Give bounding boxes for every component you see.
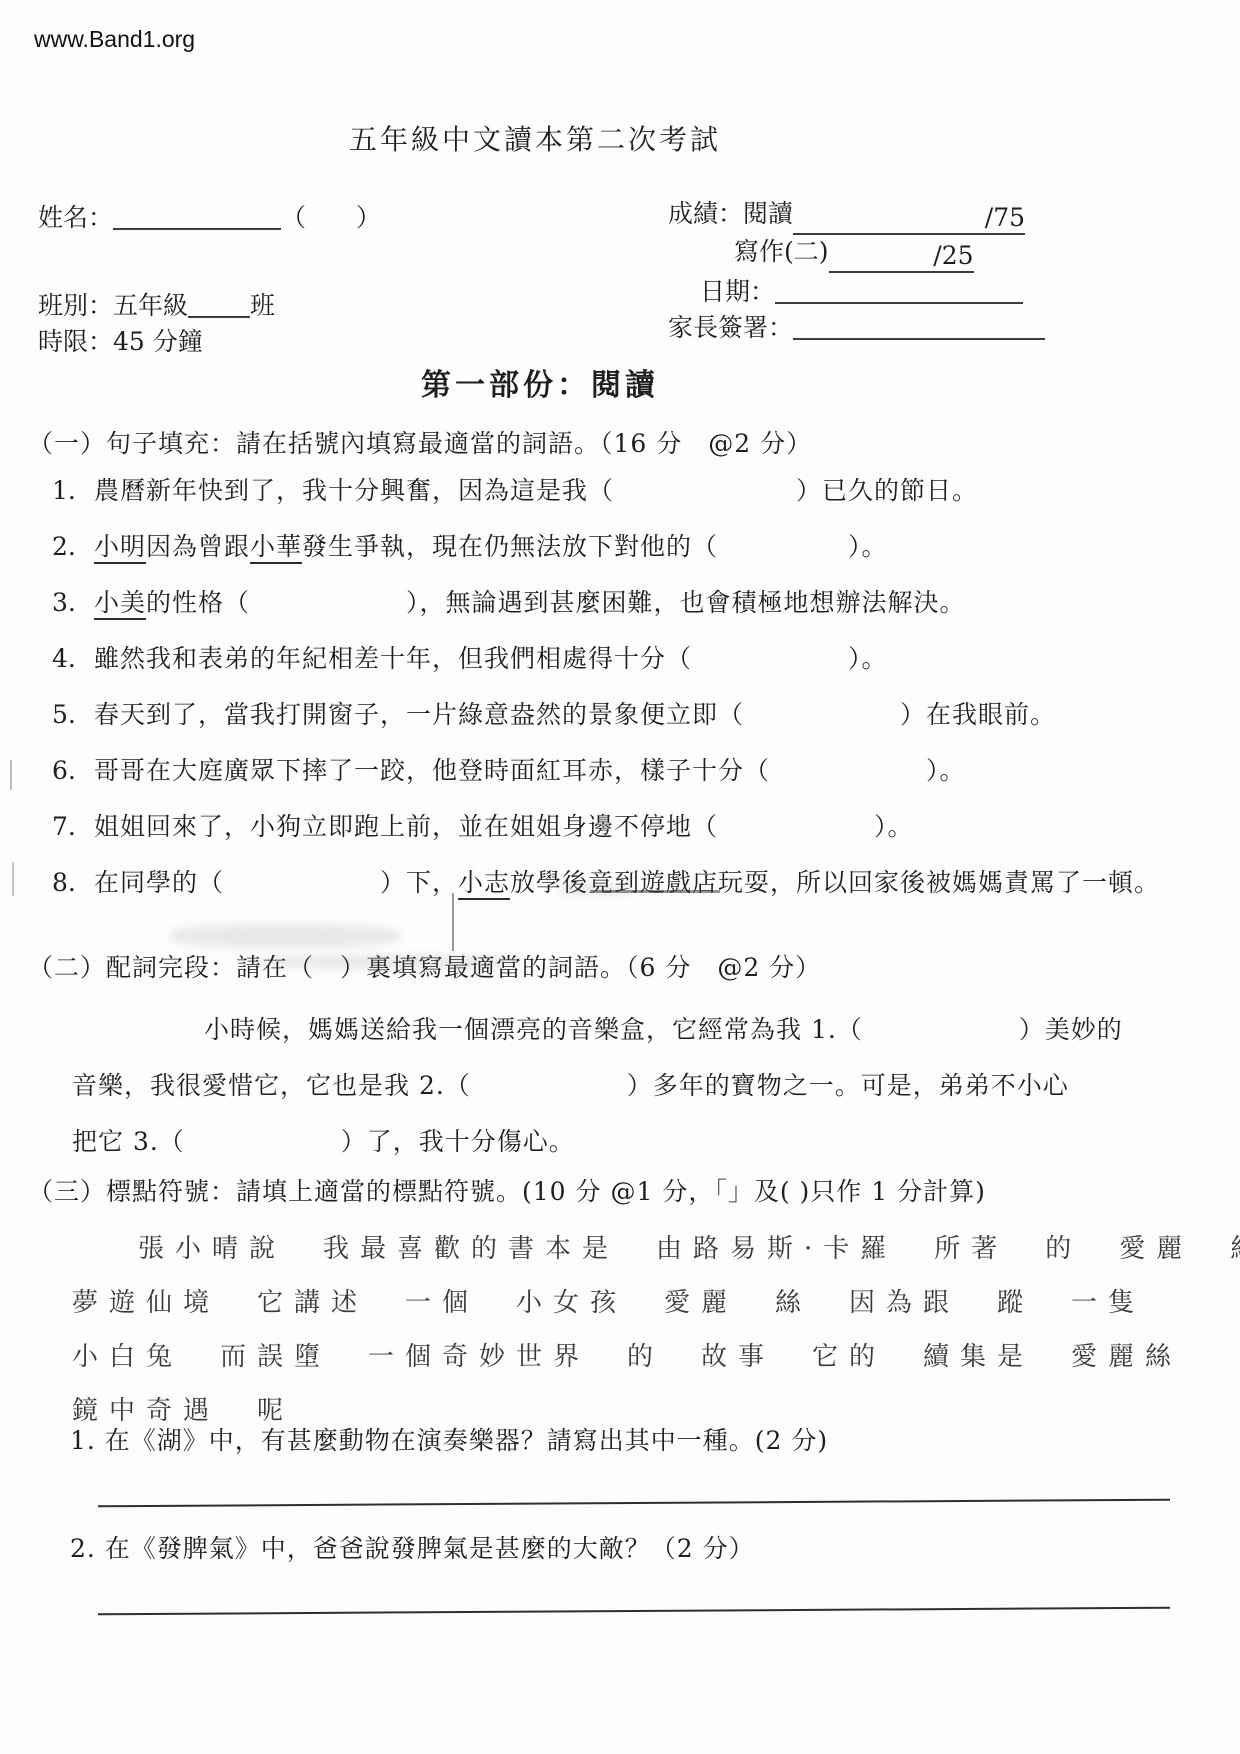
question-row: 8.在同學的（ ）下，小志放學後竟到遊戲店玩耍，所以回家後被媽媽責罵了一頓。 bbox=[52, 866, 1210, 899]
scan-stray-mark bbox=[12, 862, 14, 896]
question-text: 哥哥在大庭廣眾下摔了一跤，他登時面紅耳赤，樣子十分（ ）。 bbox=[94, 754, 1210, 787]
reading-question: 2. 在《發脾氣》中，爸爸說發脾氣是甚麼的大敵？（2 分） bbox=[70, 1532, 1180, 1566]
paragraph-line: 小時候，媽媽送給我一個漂亮的音樂盒，它經常為我 1.（ ）美妙的 bbox=[72, 1002, 1200, 1058]
scan-smudge bbox=[560, 884, 630, 896]
time-limit-row: 時限：45 分鐘 bbox=[38, 322, 203, 358]
question-number: 8. bbox=[52, 866, 94, 899]
score-label: 成績：閱讀 bbox=[668, 199, 793, 228]
writing-label: 寫作(二) bbox=[734, 237, 829, 266]
handwriting-line: 小白兔 而誤墮 一個奇妙世界 的 故事 它的 續集是 愛麗絲 bbox=[72, 1330, 1220, 1384]
question-row: 2.小明因為曾跟小華發生爭執，現在仍無法放下對他的（ ）。 bbox=[52, 530, 1210, 563]
text-segment: 雖然我和表弟的年紀相差十年，但我們相處得十分（ ）。 bbox=[94, 644, 888, 673]
question-row: 1.農曆新年快到了，我十分興奮，因為這是我（ ）已久的節日。 bbox=[52, 474, 1210, 507]
question-text: 雖然我和表弟的年紀相差十年，但我們相處得十分（ ）。 bbox=[94, 642, 1210, 675]
text-segment: 哥哥在大庭廣眾下摔了一跤，他登時面紅耳赤，樣子十分（ ）。 bbox=[94, 756, 966, 785]
question-row: 4.雖然我和表弟的年紀相差十年，但我們相處得十分（ ）。 bbox=[52, 642, 1210, 675]
class-suffix: 班 bbox=[250, 291, 275, 320]
section-three-heading: （三）標點符號：請填上適當的標點符號。(10 分 @1 分，「」及( )只作 1… bbox=[28, 1172, 986, 1208]
scan-stray-mark bbox=[10, 760, 12, 790]
underlined-name: 小美 bbox=[94, 588, 146, 620]
question-number: 4. bbox=[52, 642, 94, 675]
date-row: 日期： bbox=[700, 272, 1023, 308]
question-number: 7. bbox=[52, 810, 94, 843]
text-segment: 姐姐回來了，小狗立即跑上前，並在姐姐身邊不停地（ ）。 bbox=[94, 812, 914, 841]
student-name-label: 姓名： bbox=[38, 203, 113, 232]
student-name-blank bbox=[113, 204, 281, 230]
question-number: 6. bbox=[52, 754, 94, 787]
writing-score-row: 寫作(二)/25 bbox=[734, 232, 974, 273]
part-one-heading: 第一部份：閱讀 bbox=[0, 360, 1160, 404]
question-text: 姐姐回來了，小狗立即跑上前，並在姐姐身邊不停地（ ）。 bbox=[94, 810, 1210, 843]
class-blank bbox=[188, 292, 250, 318]
question-text: 小美的性格（ ），無論遇到甚麼困難，也會積極地想辦法解決。 bbox=[94, 586, 1210, 619]
score-row: 成績：閱讀/75 bbox=[668, 194, 1025, 235]
class-number-paren: （ ） bbox=[281, 203, 381, 232]
date-blank bbox=[775, 278, 1023, 304]
section-three-questions: 1. 在《湖》中，有甚麼動物在演奏樂器？請寫出其中一種。(2 分)2. 在《發脾… bbox=[70, 1424, 1180, 1640]
time-limit-label: 時限：45 分鐘 bbox=[38, 327, 203, 356]
parent-sign-label: 家長簽署： bbox=[668, 313, 793, 342]
underlined-name: 小明 bbox=[94, 532, 146, 564]
underlined-name: 小志 bbox=[458, 868, 510, 900]
text-segment: 在同學的（ ）下， bbox=[94, 868, 458, 897]
question-row: 5.春天到了，當我打開窗子，一片綠意盎然的景象便立即（ ）在我眼前。 bbox=[52, 698, 1210, 731]
question-text: 在同學的（ ）下，小志放學後竟到遊戲店玩耍，所以回家後被媽媽責罵了一頓。 bbox=[94, 866, 1210, 899]
scan-smudge bbox=[260, 955, 520, 969]
question-text: 小明因為曾跟小華發生爭執，現在仍無法放下對他的（ ）。 bbox=[94, 530, 1210, 563]
sign-blank bbox=[793, 314, 1045, 340]
handwriting-line: 夢遊仙境 它講述 一個 小女孩 愛麗 絲 因為跟 蹤 一隻 bbox=[72, 1276, 1220, 1330]
answer-line bbox=[98, 1607, 1170, 1616]
question-text: 春天到了，當我打開窗子，一片綠意盎然的景象便立即（ ）在我眼前。 bbox=[94, 698, 1210, 731]
answer-line bbox=[98, 1499, 1170, 1508]
question-text: 農曆新年快到了，我十分興奮，因為這是我（ ）已久的節日。 bbox=[94, 474, 1210, 507]
scan-smudge bbox=[170, 924, 400, 948]
section-one-heading: （一）句子填充：請在括號內填寫最適當的詞語。（16 分 @2 分） bbox=[28, 424, 812, 460]
reading-question: 1. 在《湖》中，有甚麼動物在演奏樂器？請寫出其中一種。(2 分) bbox=[70, 1424, 1180, 1458]
section-two-paragraph: 小時候，媽媽送給我一個漂亮的音樂盒，它經常為我 1.（ ）美妙的音樂，我很愛惜它… bbox=[72, 1002, 1200, 1170]
class-label: 班別：五年級 bbox=[38, 291, 188, 320]
paragraph-line: 把它 3.（ ）了，我十分傷心。 bbox=[72, 1114, 1200, 1170]
handwritten-passage: 張小晴說 我最喜歡的書本是 由路易斯·卡羅 所著 的 愛麗 絲夢遊仙境 它講述 … bbox=[72, 1222, 1220, 1438]
question-row: 7.姐姐回來了，小狗立即跑上前，並在姐姐身邊不停地（ ）。 bbox=[52, 810, 1210, 843]
question-number: 3. bbox=[52, 586, 94, 619]
handwriting-line: 張小晴說 我最喜歡的書本是 由路易斯·卡羅 所著 的 愛麗 絲 bbox=[72, 1222, 1220, 1276]
class-row: 班別：五年級班 bbox=[38, 286, 275, 322]
score-total: /75 bbox=[985, 203, 1025, 232]
parent-signature-row: 家長簽署： bbox=[668, 308, 1045, 344]
student-name-row: 姓名：（ ） bbox=[38, 198, 381, 234]
writing-blank: /25 bbox=[829, 241, 974, 273]
question-number: 5. bbox=[52, 698, 94, 731]
question-row: 6.哥哥在大庭廣眾下摔了一跤，他登時面紅耳赤，樣子十分（ ）。 bbox=[52, 754, 1210, 787]
paragraph-line: 音樂，我很愛惜它，它也是我 2.（ ）多年的寶物之一。可是，弟弟不小心 bbox=[72, 1058, 1200, 1114]
writing-total: /25 bbox=[933, 241, 973, 270]
watermark: www.Band1.org bbox=[34, 26, 195, 53]
date-label: 日期： bbox=[700, 277, 775, 306]
page-title: 五年級中文讀本第二次考試 bbox=[0, 118, 1155, 158]
question-row: 3.小美的性格（ ），無論遇到甚麼困難，也會積極地想辦法解決。 bbox=[52, 586, 1210, 619]
question-number: 2. bbox=[52, 530, 94, 563]
text-segment: 因為曾跟 bbox=[146, 532, 250, 561]
text-segment: 農曆新年快到了，我十分興奮，因為這是我（ ）已久的節日。 bbox=[94, 476, 978, 505]
text-segment: 春天到了，當我打開窗子，一片綠意盎然的景象便立即（ ）在我眼前。 bbox=[94, 700, 1056, 729]
exam-page: www.Band1.org 五年級中文讀本第二次考試 姓名：（ ） 班別：五年級… bbox=[0, 0, 1240, 1754]
section-one-questions: 1.農曆新年快到了，我十分興奮，因為這是我（ ）已久的節日。2.小明因為曾跟小華… bbox=[52, 474, 1210, 922]
underlined-name: 小華 bbox=[250, 532, 302, 564]
scan-stray-mark bbox=[452, 893, 454, 951]
text-segment: 發生爭執，現在仍無法放下對他的（ ）。 bbox=[302, 532, 888, 561]
score-blank: /75 bbox=[793, 203, 1025, 235]
question-number: 1. bbox=[52, 474, 94, 507]
text-segment: 的性格（ ），無論遇到甚麼困難，也會積極地想辦法解決。 bbox=[146, 588, 966, 617]
